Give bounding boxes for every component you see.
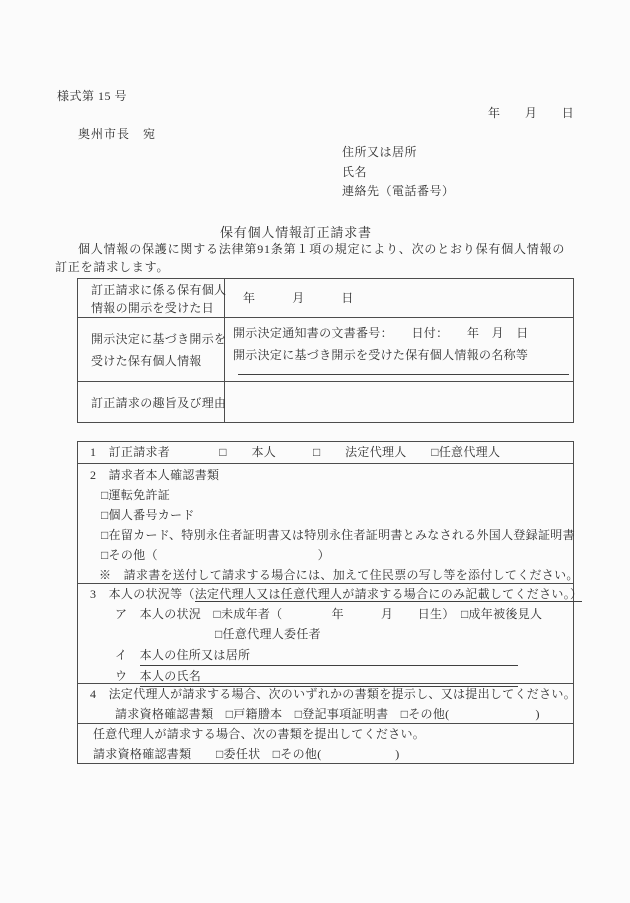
table-row-disclosure-date: 訂正請求に係る保有個人 情報の開示を受けた日 年 月 日: [78, 279, 573, 317]
checkbox-item-my-number-card: □個人番号カード: [78, 505, 573, 525]
section-heading: 3 本人の状況等（法定代理人又は任意代理人が請求する場合にのみ記載してください。…: [78, 584, 573, 604]
intro-line-2: 訂正を請求します。: [55, 259, 565, 277]
section-principal-status: 3 本人の状況等（法定代理人又は任意代理人が請求する場合にのみ記載してください。…: [78, 583, 573, 683]
applicant-address-label: 住所又は居所: [342, 143, 455, 163]
section-heading: 任意代理人が請求する場合、次の書類を提出してください。: [78, 724, 573, 744]
addressee-line: 奥州市長 宛: [78, 125, 156, 142]
row-label-line: 情報の開示を受けた日: [91, 299, 224, 317]
table-row-reason: 訂正請求の趣旨及び理由: [78, 381, 573, 422]
form-document-page: 様式第 15 号 年 月 日 奥州市長 宛 住所又は居所 氏名 連絡先（電話番号…: [0, 0, 630, 903]
row-label: 開示決定に基づき開示を 受けた保有個人情報: [78, 318, 225, 381]
checkbox-item-residence-card: □在留カード、特別永住者証明書又は特別永住者証明書とみなされる外国人登録証明書: [78, 525, 573, 545]
checkbox-item-other: □その他（ ）: [78, 545, 573, 565]
section-requester-type: 1 訂正請求者 □ 本人 □ 法定代理人 □任意代理人: [78, 442, 573, 463]
intro-line-1: 個人情報の保護に関する法律第91条第１項の規定により、次のとおり保有個人情報の: [55, 241, 565, 259]
section-voluntary-representative: 任意代理人が請求する場合、次の書類を提出してください。 請求資格確認書類 □委任…: [78, 723, 573, 763]
row-value-date-blank: 年 月 日: [225, 279, 573, 317]
principal-address-fill-line: 本人の住所又は居所: [140, 645, 518, 666]
applicant-contact-label: 連絡先（電話番号）: [342, 182, 455, 202]
row-label-line: 開示決定に基づき開示を: [91, 328, 224, 350]
heading-underlined-note: 法定代理人又は任意代理人が請求する場合にのみ記載してください。）: [195, 587, 583, 602]
row-label: 訂正請求の趣旨及び理由: [78, 382, 225, 422]
applicant-info-block: 住所又は居所 氏名 連絡先（電話番号）: [342, 143, 455, 202]
row-label-line: 訂正請求の趣旨及び理由: [91, 394, 224, 411]
info-name-line: 開示決定に基づき開示を受けた保有個人情報の名称等: [233, 344, 573, 366]
applicant-name-label: 氏名: [342, 163, 455, 183]
row-label: 訂正請求に係る保有個人 情報の開示を受けた日: [78, 279, 225, 317]
request-details-table: 訂正請求に係る保有個人 情報の開示を受けた日 年 月 日 開示決定に基づき開示を…: [77, 278, 574, 423]
checkbox-item-drivers-license: □運転免許証: [78, 485, 573, 505]
intro-paragraph: 個人情報の保護に関する法律第91条第１項の規定により、次のとおり保有個人情報の …: [55, 241, 565, 276]
section-heading: 2 請求者本人確認書類: [78, 465, 573, 485]
note-mail-request: ※ 請求書を送付して請求する場合には、加えて住民票の写し等を添付してください。: [78, 565, 573, 585]
item-marker: イ: [115, 648, 140, 662]
document-title: 保有個人情報訂正請求書: [220, 222, 372, 241]
table-row-disclosed-info: 開示決定に基づき開示を 受けた保有個人情報 開示決定通知書の文書番号： 日付： …: [78, 317, 573, 381]
qualification-documents-checkbox-line: 請求資格確認書類 □戸籍謄本 □登記事項証明書 □その他( ): [78, 704, 573, 724]
form-number: 様式第 15 号: [57, 87, 127, 104]
requester-type-checkbox-line: 1 訂正請求者 □ 本人 □ 法定代理人 □任意代理人: [78, 442, 573, 463]
section-identity-documents: 2 請求者本人確認書類 □運転免許証 □個人番号カード □在留カード、特別永住者…: [78, 463, 573, 583]
item-marker: ウ: [115, 669, 140, 683]
heading-prefix: 3 本人の状況等（: [90, 587, 195, 601]
fill-in-underline: [238, 374, 569, 375]
section-legal-representative: 4 法定代理人が請求する場合、次のいずれかの書類を提示し、又は提出してください。…: [78, 683, 573, 723]
section-heading: 4 法定代理人が請求する場合、次のいずれかの書類を提示し、又は提出してください。: [78, 684, 573, 704]
date-fill-blank: 年 月 日: [243, 289, 573, 306]
requester-details-table: 1 訂正請求者 □ 本人 □ 法定代理人 □任意代理人 2 請求者本人確認書類 …: [77, 441, 574, 764]
principal-status-checkbox-line: ア 本人の状況 □未成年者（ 年 月 日生） □成年被後見人: [78, 604, 573, 624]
row-value-empty: [225, 382, 573, 422]
qualification-documents-checkbox-line: 請求資格確認書類 □委任状 □その他( ): [78, 744, 573, 764]
row-label-line: 受けた保有個人情報: [91, 350, 224, 372]
principal-address-line: イ 本人の住所又は居所: [78, 645, 573, 666]
row-label-line: 訂正請求に係る保有個人: [91, 281, 224, 299]
notice-number-line: 開示決定通知書の文書番号： 日付： 年 月 日: [233, 322, 573, 344]
checkbox-item-voluntary-agent-delegator: □任意代理人委任者: [78, 624, 573, 644]
row-value-disclosed-info: 開示決定通知書の文書番号： 日付： 年 月 日 開示決定に基づき開示を受けた保有…: [225, 318, 573, 381]
date-blank-line: 年 月 日: [488, 104, 574, 121]
